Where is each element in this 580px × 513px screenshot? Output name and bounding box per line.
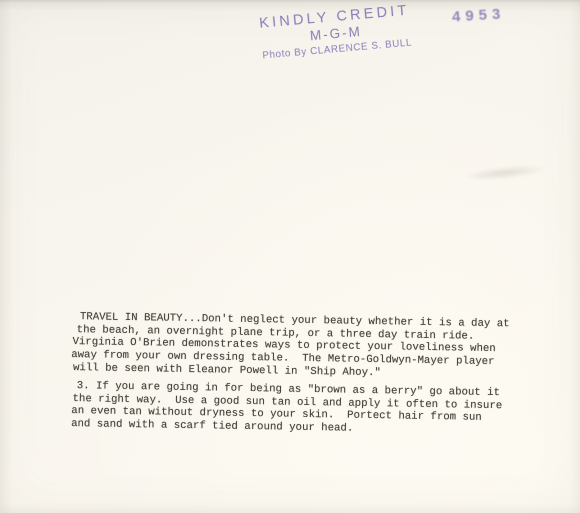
typed-caption-block: TRAVEL IN BEAUTY...Don't neglect your be…: [68, 311, 526, 438]
photo-back-scan: KINDLY CREDIT M-G-M Photo By CLARENCE S.…: [0, 0, 580, 513]
caption-paragraph-travel-in-beauty: TRAVEL IN BEAUTY...Don't neglect your be…: [69, 311, 526, 382]
pencil-smudge: [468, 162, 549, 182]
photo-number: 4953: [452, 5, 506, 25]
mgm-credit-stamp: KINDLY CREDIT M-G-M Photo By CLARENCE S.…: [256, 2, 415, 61]
caption-paragraph-sun-tan-tip: 3. If you are going in for being as "bro…: [68, 380, 525, 438]
